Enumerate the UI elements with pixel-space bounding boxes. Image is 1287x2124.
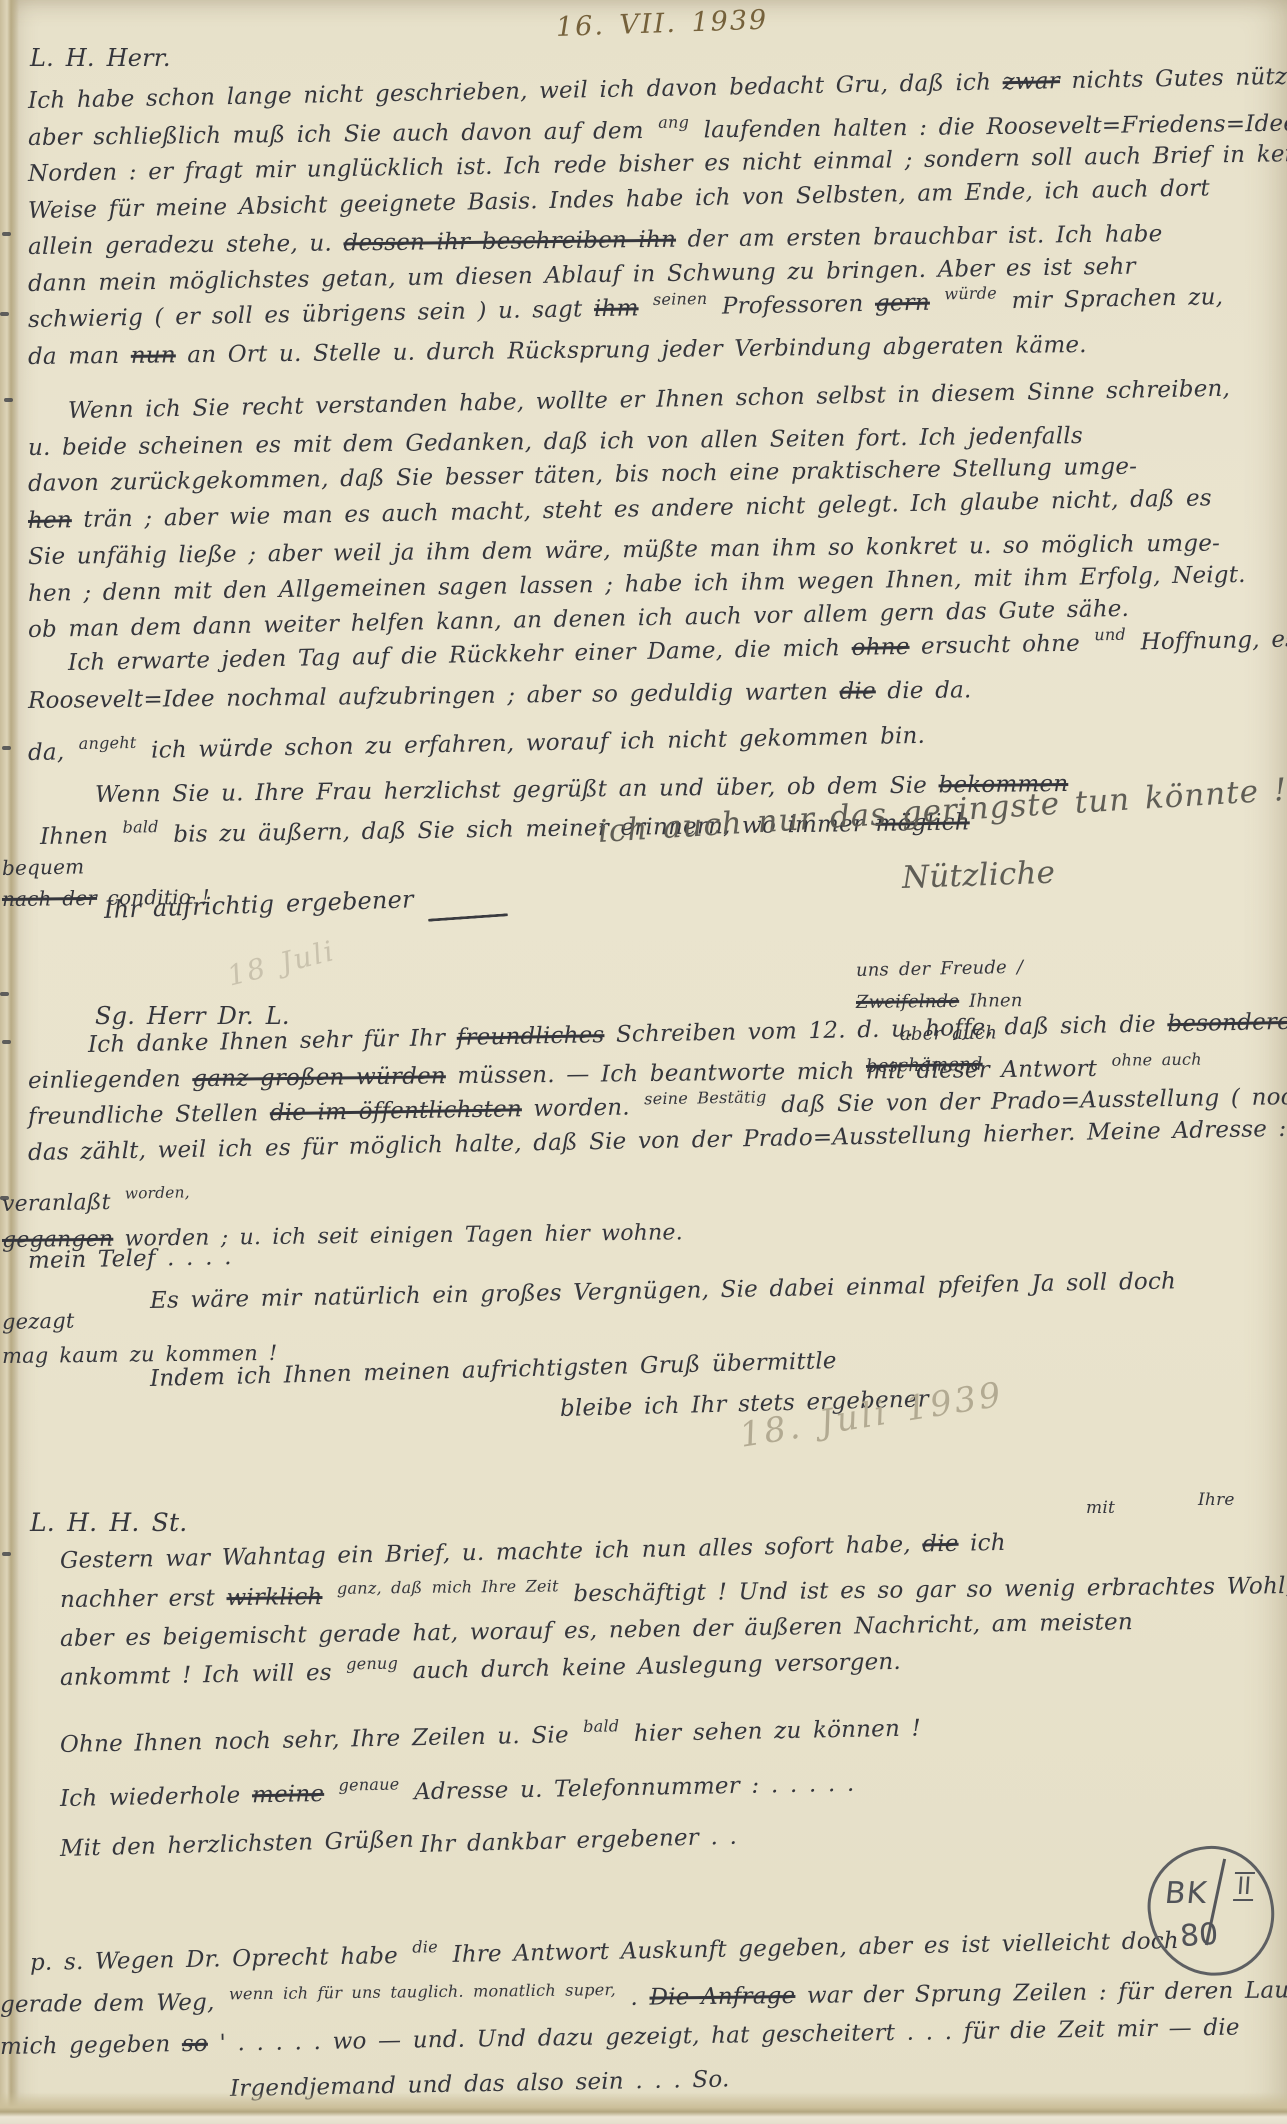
ink-speck <box>2 1040 11 1044</box>
letter3-salutation: L. H. H. St. <box>30 1508 187 1537</box>
stamp-code: BK <box>1163 1876 1209 1911</box>
date-heading: 16. VII. 1939 <box>555 5 768 43</box>
handwritten-line: mein Telef . . . . <box>28 1244 232 1274</box>
ink-speck <box>2 746 11 750</box>
handwritten-line: nachher erst wirklich ganz, daß mich Ihr… <box>60 1573 1287 1613</box>
handwritten-line: Zweifelnde Ihnen <box>856 990 1023 1013</box>
handwritten-line: Ich habe schon lange nicht geschrieben, … <box>28 63 1287 114</box>
handwritten-line: uns der Freude / <box>856 957 1024 981</box>
handwritten-line: u. beide scheinen es mit dem Gedanken, d… <box>28 423 1083 461</box>
pencil-date-faint: 18 Juli <box>224 934 338 993</box>
letter1-insertion-word: Nützliche <box>901 855 1055 896</box>
paper-edge-left <box>0 0 20 2124</box>
handwritten-line: allein geradezu stehe, u. dessen ihr bes… <box>28 221 1163 260</box>
handwritten-line: veranlaßt worden, <box>2 1188 193 1217</box>
stamp-roman-numeral: II <box>1233 1872 1255 1901</box>
letter2-salutation: Sg. Herr Dr. L. <box>95 1002 290 1030</box>
handwritten-line: da man nun an Ort u. Stelle u. durch Rüc… <box>28 331 1087 369</box>
handwritten-line: Roosevelt=Idee nochmal aufzubringen ; ab… <box>28 677 972 714</box>
handwritten-line: aber es beigemischt gerade hat, worauf e… <box>60 1609 1133 1652</box>
letter3-closing-left: Mit den herzlichsten Grüßen <box>60 1827 415 1862</box>
letter1-salutation: L. H. Herr. <box>30 44 171 72</box>
ink-speck <box>2 232 11 236</box>
letter3-closing-right: Ihr dankbar ergebener . . <box>420 1824 738 1858</box>
pencil-date: 18. Juli 1939 <box>737 1375 1006 1456</box>
letter3-interlinear-insertion: mit <box>1086 1498 1115 1518</box>
handwritten-line: Gestern war Wahntag ein Brief, u. machte… <box>60 1530 1006 1574</box>
ink-speck <box>2 1552 11 1556</box>
handwritten-line: Ohne Ihnen noch sehr, Ihre Zeilen u. Sie… <box>60 1715 921 1758</box>
paper-edge-bottom <box>0 2092 1287 2124</box>
handwritten-line: Es wäre mir natürlich ein großes Vergnüg… <box>150 1268 1177 1314</box>
handwritten-line: Ich wiederhole meine genaue Adresse u. T… <box>60 1771 855 1812</box>
handwritten-line: Wenn ich Sie recht verstanden habe, woll… <box>68 376 1231 424</box>
handwritten-line: Sie unfähig ließe ; aber weil ja ihm dem… <box>28 530 1220 570</box>
archive-stamp: BK II 80 <box>1148 1846 1276 1978</box>
stamp-number: 80 <box>1179 1917 1220 1955</box>
signature-dash <box>428 913 508 922</box>
letter3-interlinear-insertion: Ihre <box>1198 1490 1235 1510</box>
handwritten-line: gerade dem Weg, wenn ich für uns tauglic… <box>0 1976 1287 2018</box>
handwritten-line: mich gegeben so ' . . . . . wo — und. Un… <box>0 2015 1240 2060</box>
ink-speck <box>0 1196 9 1200</box>
handwritten-line: bequem <box>2 854 85 880</box>
handwritten-line: gezagt <box>2 1309 75 1334</box>
ink-speck <box>0 992 9 996</box>
ink-speck <box>4 398 13 402</box>
ink-speck <box>0 312 9 316</box>
handwritten-line: da, angeht ich würde schon zu erfahren, … <box>28 723 926 766</box>
handwritten-line: ankommt ! Ich will es genug auch durch k… <box>60 1649 901 1691</box>
handwritten-line: p. s. Wegen Dr. Oprecht habe die Ihre An… <box>30 1928 1179 1976</box>
manuscript-page: 16. VII. 1939 L. H. Herr. Ich habe schon… <box>0 0 1287 2124</box>
